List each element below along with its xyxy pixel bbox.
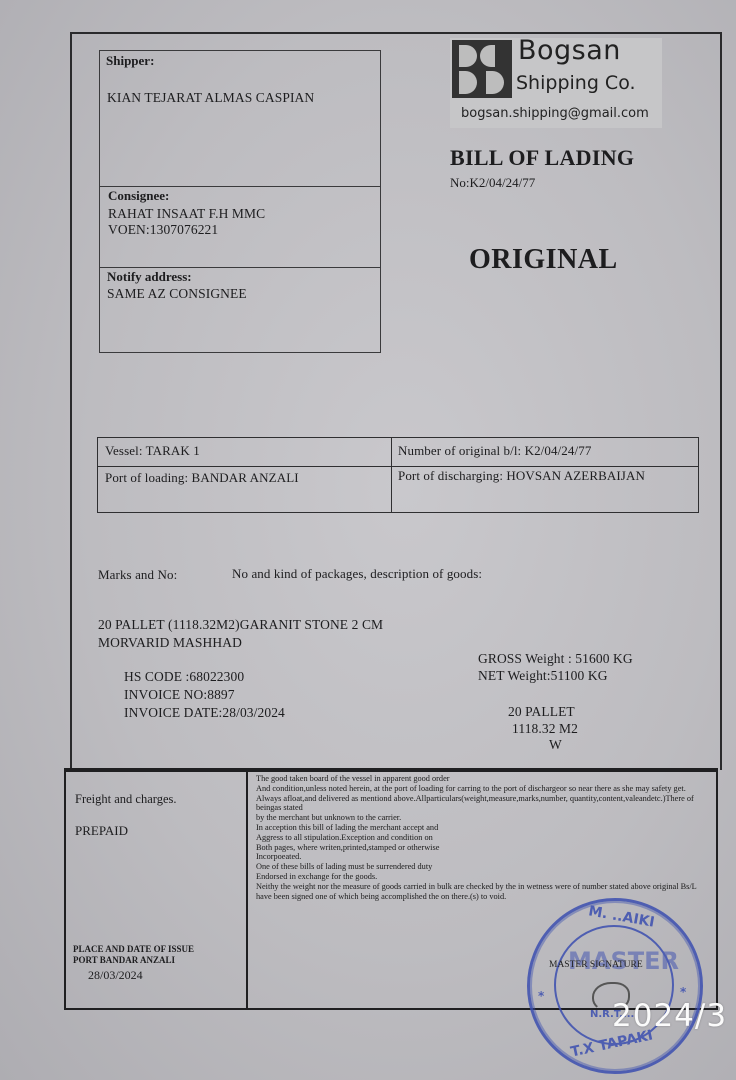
- port-of-discharging: Port of discharging: HOVSAN AZERBAIJAN: [398, 468, 645, 484]
- document-page: Shipper: KIAN TEJARAT ALMAS CASPIAN Cons…: [0, 0, 736, 1080]
- consignee-box: Consignee: RAHAT INSAAT F.H MMC VOEN:130…: [99, 185, 381, 268]
- issue-place: PORT BANDAR ANZALI: [73, 955, 175, 965]
- company-subtitle: Shipping Co.: [516, 72, 636, 94]
- terms-line: Incorpoeated.: [256, 852, 711, 862]
- terms-line: And condition,unless noted herein, at th…: [256, 784, 711, 813]
- issue-date: 28/03/2024: [88, 968, 143, 983]
- terms-line: Aggress to all stipulation.Exception and…: [256, 833, 711, 843]
- hs-code: HS CODE :68022300: [124, 669, 244, 685]
- consignee-voen: VOEN:1307076221: [108, 222, 218, 238]
- document-title: BILL OF LADING: [450, 145, 634, 171]
- shipper-box: Shipper: KIAN TEJARAT ALMAS CASPIAN: [99, 50, 381, 187]
- vessel-field: Vessel: TARAK 1: [105, 443, 200, 459]
- copy-type-label: ORIGINAL: [469, 244, 618, 276]
- company-name: Bogsan: [518, 35, 621, 66]
- port-of-loading: Port of loading: BANDAR ANZALI: [105, 470, 299, 486]
- marks-label: Marks and No:: [98, 567, 177, 583]
- net-weight: NET Weight:51100 KG: [478, 668, 608, 684]
- freight-label: Freight and charges.: [75, 792, 176, 807]
- freight-value: PREPAID: [75, 823, 128, 839]
- consignee-name: RAHAT INSAAT F.H MMC: [108, 206, 265, 222]
- package-area: 1118.32 M2: [512, 721, 578, 737]
- notify-box: Notify address: SAME AZ CONSIGNEE: [99, 267, 381, 353]
- goods-line-1: 20 PALLET (1118.32M2)GARANIT STONE 2 CM: [98, 617, 383, 633]
- terms-line: Endorsed in exchange for the goods.: [256, 872, 711, 882]
- photo-timestamp: 2024/3: [612, 998, 727, 1034]
- shipper-value: KIAN TEJARAT ALMAS CASPIAN: [107, 90, 314, 106]
- package-count: 20 PALLET: [508, 704, 575, 720]
- bogsan-logo-icon: [452, 40, 512, 98]
- notify-value: SAME AZ CONSIGNEE: [107, 286, 247, 302]
- goods-description-label: No and kind of packages, description of …: [232, 566, 482, 582]
- terms-line: by the merchant but unknown to the carri…: [256, 813, 711, 823]
- terms-line: The good taken board of the vessel in ap…: [256, 774, 711, 784]
- original-bl-number: Number of original b/l: K2/04/24/77: [398, 443, 591, 459]
- issue-label: PLACE AND DATE OF ISSUE: [73, 944, 194, 954]
- goods-line-2: MORVARID MASHHAD: [98, 635, 242, 651]
- terms-line: Both pages, where writen,printed,stamped…: [256, 843, 711, 853]
- company-email: bogsan.shipping@gmail.com: [461, 106, 649, 121]
- terms-line: Neithy the weight nor the measure of goo…: [256, 882, 711, 902]
- package-mark: W: [549, 737, 562, 753]
- voyage-table: Vessel: TARAK 1 Number of original b/l: …: [97, 437, 699, 513]
- terms-line: One of these bills of lading must be sur…: [256, 862, 711, 872]
- consignee-label: Consignee:: [108, 188, 169, 204]
- gross-weight: GROSS Weight : 51600 KG: [478, 651, 633, 667]
- shipper-label: Shipper:: [106, 53, 154, 69]
- terms-text: The good taken board of the vessel in ap…: [256, 774, 711, 901]
- invoice-number: INVOICE NO:8897: [124, 687, 235, 703]
- notify-label: Notify address:: [107, 269, 192, 285]
- document-number: No:K2/04/24/77: [450, 175, 535, 191]
- invoice-date: INVOICE DATE:28/03/2024: [124, 705, 285, 721]
- master-signature-label: MASTER SIGNATURE: [549, 960, 643, 970]
- terms-line: In acception this bill of lading the mer…: [256, 823, 711, 833]
